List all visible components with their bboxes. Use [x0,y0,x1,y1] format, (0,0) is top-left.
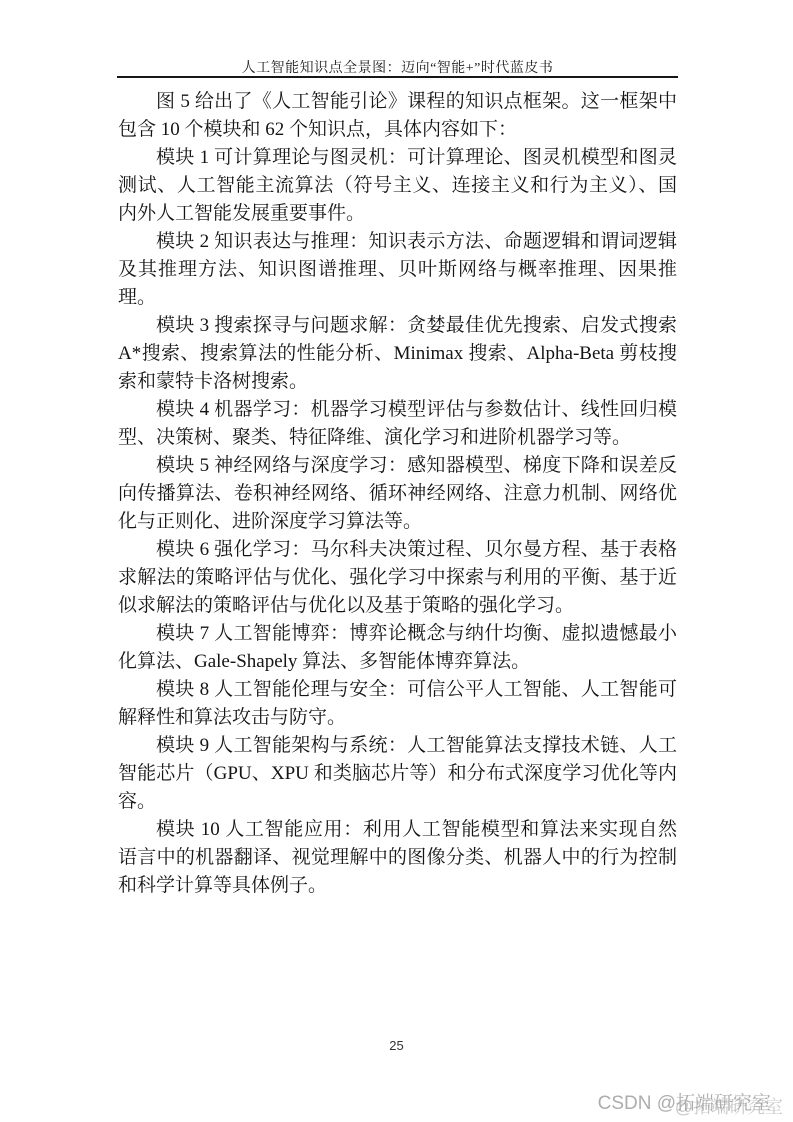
module-9-paragraph: 模块 9 人工智能架构与系统：人工智能算法支撑技术链、人工智能芯片（GPU、XP… [118,732,677,816]
module-6-paragraph: 模块 6 强化学习：马尔科夫决策过程、贝尔曼方程、基于表格求解法的策略评估与优化… [118,536,677,620]
module-7-paragraph: 模块 7 人工智能博弈：博弈论概念与纳什均衡、虚拟遗憾最小化算法、Gale-Sh… [118,620,677,676]
watermark-overlay-text: @拓端研究室 [675,1093,783,1119]
module-10-paragraph: 模块 10 人工智能应用：利用人工智能模型和算法来实现自然语言中的机器翻译、视觉… [118,816,677,900]
header-divider-rule [117,76,678,78]
document-page: 人工智能知识点全景图：迈向“智能+”时代蓝皮书 图 5 给出了《人工智能引论》课… [0,0,793,1122]
module-5-paragraph: 模块 5 神经网络与深度学习：感知器模型、梯度下降和误差反向传播算法、卷积神经网… [118,452,677,536]
module-3-paragraph: 模块 3 搜索探寻与问题求解：贪婪最佳优先搜索、启发式搜索 A*搜索、搜索算法的… [118,312,677,396]
page-number: 25 [0,1038,793,1053]
watermark-primary-text: CSDN @拓端研究室 [598,1088,771,1115]
intro-paragraph: 图 5 给出了《人工智能引论》课程的知识点框架。这一框架中包含 10 个模块和 … [118,88,677,144]
page-body: 图 5 给出了《人工智能引论》课程的知识点框架。这一框架中包含 10 个模块和 … [118,88,677,900]
module-8-paragraph: 模块 8 人工智能伦理与安全：可信公平人工智能、人工智能可解释性和算法攻击与防守… [118,676,677,732]
module-2-paragraph: 模块 2 知识表达与推理：知识表示方法、命题逻辑和谓词逻辑及其推理方法、知识图谱… [118,228,677,312]
csdn-watermark: @拓端研究室 CSDN @拓端研究室 [523,1086,783,1116]
module-4-paragraph: 模块 4 机器学习：机器学习模型评估与参数估计、线性回归模型、决策树、聚类、特征… [118,396,677,452]
module-1-paragraph: 模块 1 可计算理论与图灵机：可计算理论、图灵机模型和图灵测试、人工智能主流算法… [118,144,677,228]
running-header-title: 人工智能知识点全景图：迈向“智能+”时代蓝皮书 [118,57,677,77]
